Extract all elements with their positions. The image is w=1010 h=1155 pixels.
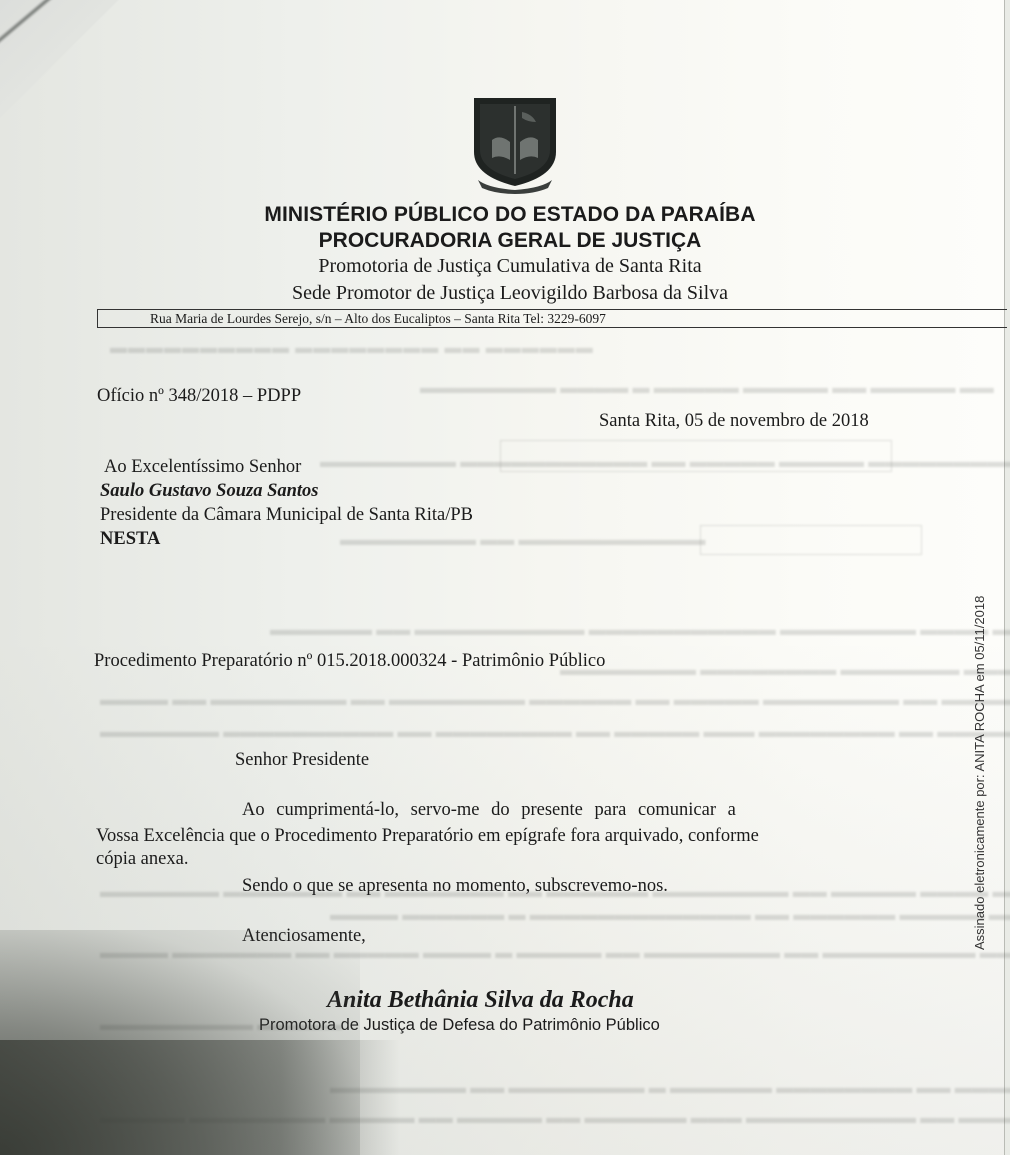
department-name: PROCURADORIA GERAL DE JUSTIÇA <box>5 229 1010 253</box>
page-fold-shadow <box>0 0 130 130</box>
letter-subject: Procedimento Preparatório nº 015.2018.00… <box>94 651 605 672</box>
institution-name: MINISTÉRIO PÚBLICO DO ESTADO DA PARAÍBA <box>5 203 1010 227</box>
body-line: Vossa Excelência que o Procedimento Prep… <box>96 826 759 847</box>
letter-greeting: Senhor Presidente <box>235 750 369 771</box>
coat-of-arms-icon <box>470 94 560 194</box>
letter-reference: Ofício nº 348/2018 – PDPP <box>97 386 301 407</box>
address-bar: Rua Maria de Lourdes Serejo, s/n – Alto … <box>97 309 1007 328</box>
body-line: Ao cumprimentá-lo, servo-me do presente … <box>242 800 922 821</box>
address-text: Rua Maria de Lourdes Serejo, s/n – Alto … <box>150 311 606 326</box>
place-date: Santa Rita, 05 de novembro de 2018 <box>599 411 869 432</box>
office-seat: Sede Promotor de Justiça Leovigildo Barb… <box>5 282 1010 305</box>
closing-line: Sendo o que se apresenta no momento, sub… <box>242 876 668 897</box>
signatory-role: Promotora de Justiça de Defesa do Patrim… <box>259 1016 660 1035</box>
body-line: cópia anexa. <box>96 849 188 870</box>
recipient-salutation: Ao Excelentíssimo Senhor <box>104 457 301 478</box>
recipient-location: NESTA <box>100 529 160 550</box>
recipient-title: Presidente da Câmara Municipal de Santa … <box>100 505 473 526</box>
office-name: Promotoria de Justiça Cumulativa de Sant… <box>5 255 1010 278</box>
closing: Atenciosamente, <box>242 926 366 947</box>
electronic-signature-stamp: Assinado eletronicamente por: ANITA ROCH… <box>972 520 987 950</box>
signatory-name: Anita Bethânia Silva da Rocha <box>327 987 634 1014</box>
recipient-name: Saulo Gustavo Souza Santos <box>100 481 319 502</box>
